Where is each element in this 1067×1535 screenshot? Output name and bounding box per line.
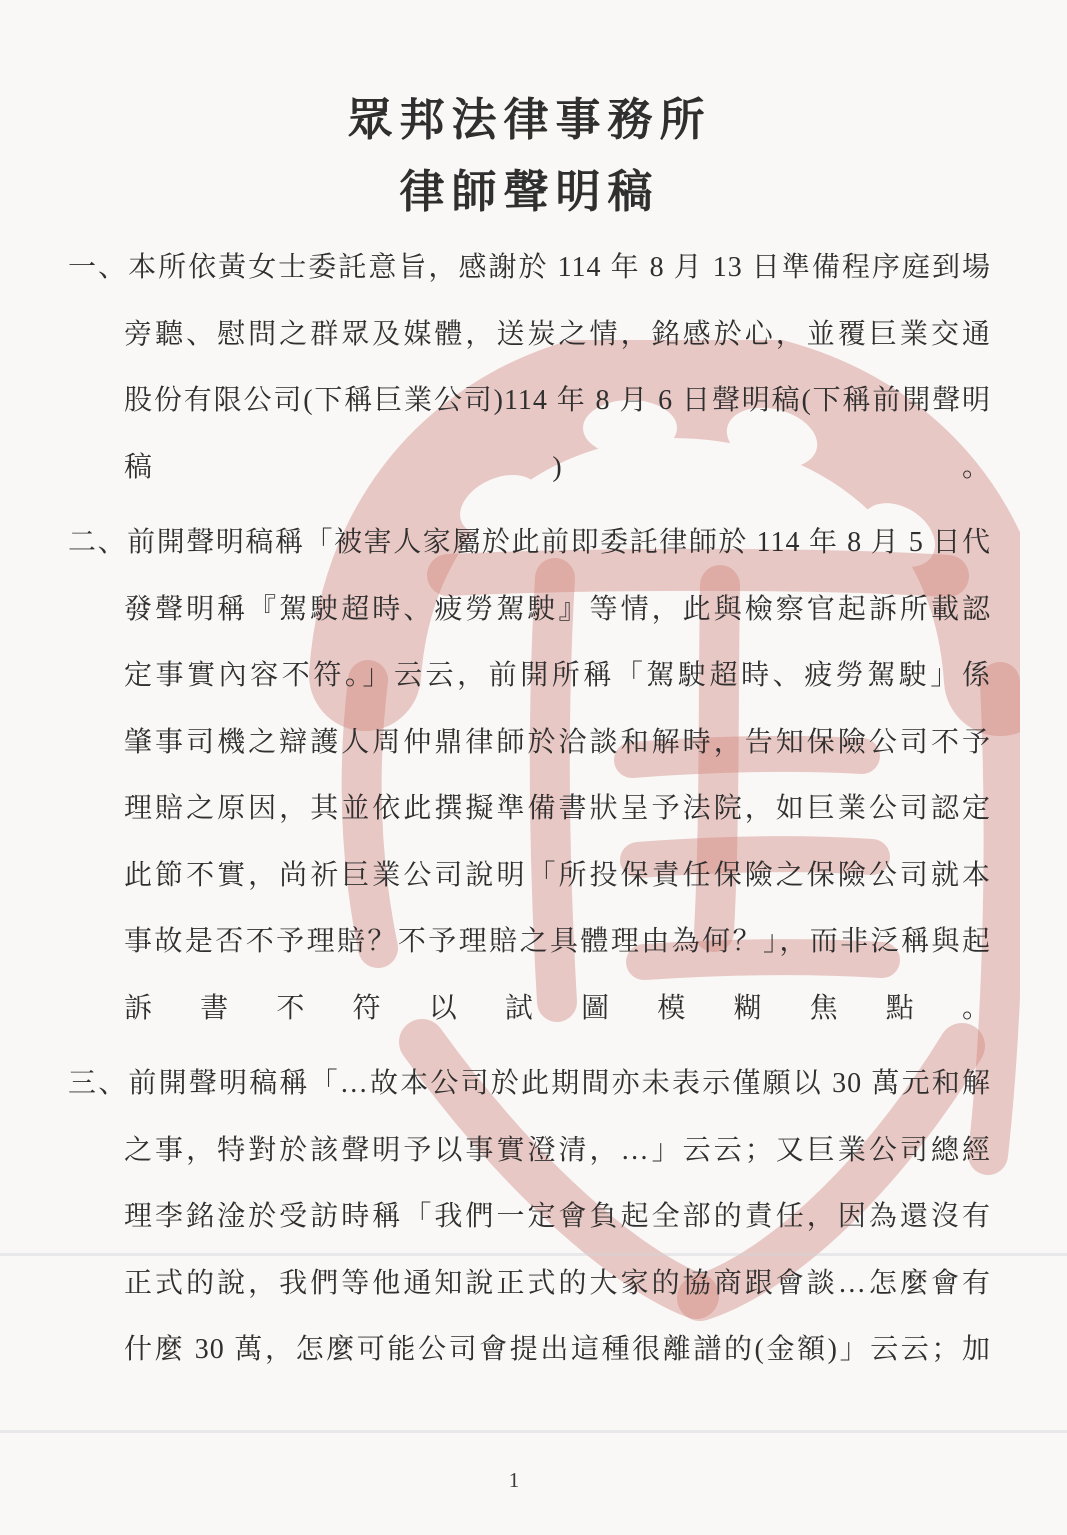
paragraph: 二、前開聲明稿稱「被害人家屬於此前即委託律師於 114 年 8 月 5 日代發聲… xyxy=(68,510,991,1042)
document-line: 發聲明稱『駕駛超時、疲勞駕駛』等情，此與檢察官起訴所載認 xyxy=(124,577,991,644)
paragraph-list: 一、本所依黃女士委託意旨，感謝於 114 年 8 月 13 日準備程序庭到場旁聽… xyxy=(68,235,991,1384)
paragraph-number: 二、 xyxy=(68,527,127,558)
document-line: 定事實內容不符。」云云，前開所稱「駕駛超時、疲勞駕駛」係 xyxy=(124,643,991,710)
document-line: 二、前開聲明稿稱「被害人家屬於此前即委託律師於 114 年 8 月 5 日代 xyxy=(68,510,991,577)
document-line: 正式的說，我們等他通知說正式的大家的協商跟會談…怎麼會有 xyxy=(124,1251,991,1318)
document-line: 訴書不符以試圖模糊焦點。 xyxy=(124,976,991,1043)
document-subtitle: 律師聲明稿 xyxy=(68,160,991,224)
document-line: 之事，特對於該聲明予以事實澄清，…」云云；又巨業公司總經 xyxy=(124,1118,991,1185)
document-line: 三、前開聲明稿稱「…故本公司於此期間亦未表示僅願以 30 萬元和解 xyxy=(68,1051,991,1118)
document-title: 眾邦法律事務所 xyxy=(68,88,991,152)
paragraph-number: 一、 xyxy=(68,252,128,283)
document-line: 股份有限公司(下稱巨業公司)114 年 8 月 6 日聲明稿(下稱前開聲明 xyxy=(124,368,991,435)
document-content: 眾邦法律事務所 律師聲明稿 一、本所依黃女士委託意旨，感謝於 114 年 8 月… xyxy=(0,88,1067,1384)
paragraph: 一、本所依黃女士委託意旨，感謝於 114 年 8 月 13 日準備程序庭到場旁聽… xyxy=(68,235,991,501)
paragraph: 三、前開聲明稿稱「…故本公司於此期間亦未表示僅願以 30 萬元和解之事，特對於該… xyxy=(68,1051,991,1384)
document-line: 理賠之原因，其並依此撰擬準備書狀呈予法院，如巨業公司認定 xyxy=(124,776,991,843)
page-number: 1 xyxy=(0,1468,1028,1493)
scan-artifact-line xyxy=(0,1430,1067,1433)
document-line: 一、本所依黃女士委託意旨，感謝於 114 年 8 月 13 日準備程序庭到場 xyxy=(68,235,991,302)
document-line: 稿)。 xyxy=(124,435,991,502)
paragraph-text: 本所依黃女士委託意旨，感謝於 114 年 8 月 13 日準備程序庭到場 xyxy=(128,252,991,283)
paragraph-text: 前開聲明稿稱「…故本公司於此期間亦未表示僅願以 30 萬元和解 xyxy=(128,1068,991,1099)
document-line: 旁聽、慰問之群眾及媒體，送炭之情，銘感於心，並覆巨業交通 xyxy=(124,302,991,369)
document-line: 肇事司機之辯護人周仲鼎律師於洽談和解時，告知保險公司不予 xyxy=(124,710,991,777)
document-line: 事故是否不予理賠？不予理賠之具體理由為何？」，而非泛稱與起 xyxy=(124,909,991,976)
document-line: 理李銘淦於受訪時稱「我們一定會負起全部的責任，因為還沒有 xyxy=(124,1184,991,1251)
document-line: 此節不實，尚祈巨業公司說明「所投保責任保險之保險公司就本 xyxy=(124,843,991,910)
paragraph-number: 三、 xyxy=(68,1068,128,1099)
document-line: 什麼 30 萬，怎麼可能公司會提出這種很離譜的(金額)」云云；加 xyxy=(124,1317,991,1384)
document-page: 眾邦法律事務所 律師聲明稿 一、本所依黃女士委託意旨，感謝於 114 年 8 月… xyxy=(0,0,1067,1535)
paragraph-text: 前開聲明稿稱「被害人家屬於此前即委託律師於 114 年 8 月 5 日代 xyxy=(127,527,991,558)
